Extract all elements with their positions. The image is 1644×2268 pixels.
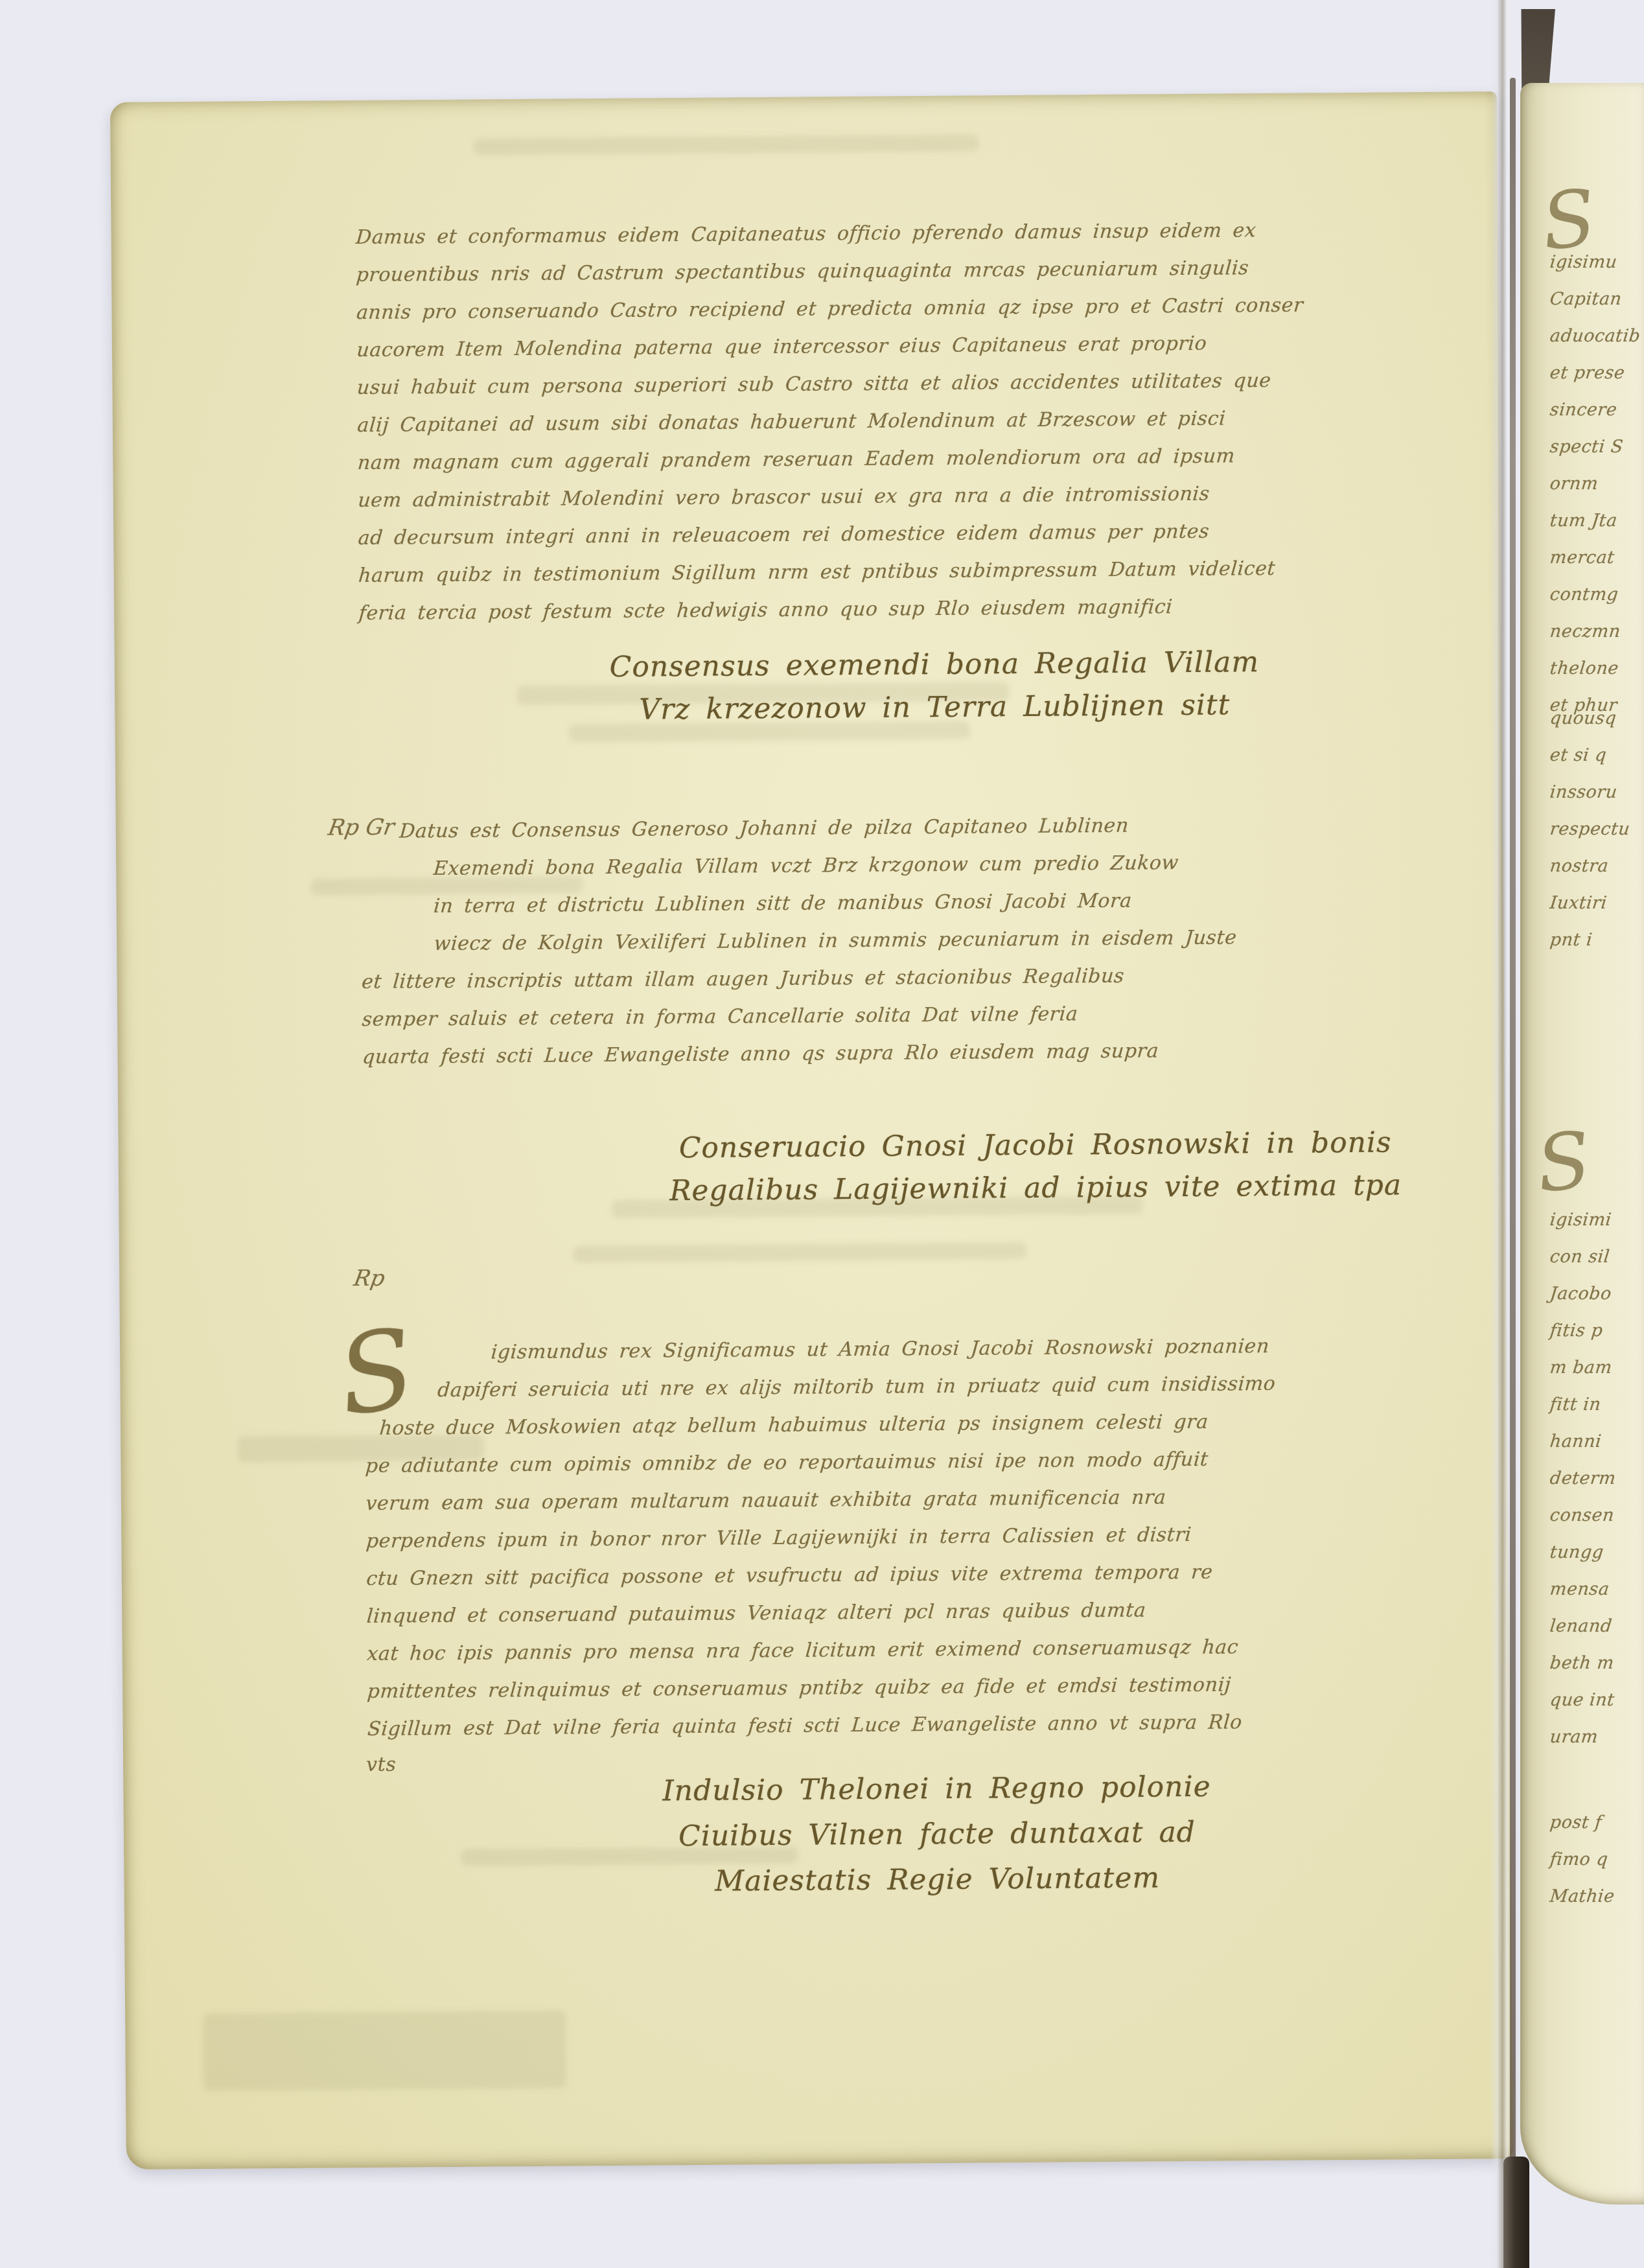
ink-bleed-ghost — [473, 134, 978, 155]
facing-text-fragments-upper-mid: quousqet si qinssorurespectunostraIuxtir… — [1550, 700, 1630, 958]
facing-text-fragments-lower-mid: igisimicon silJacobofitis pm bamfitt inh… — [1550, 1201, 1616, 1755]
manuscript-line-fragment: Capitan — [1548, 281, 1643, 318]
manuscript-line-fragment: Mathie — [1548, 1878, 1617, 1915]
binding-rod — [1503, 2157, 1529, 2268]
manuscript-line-fragment: ornm — [1548, 465, 1643, 502]
decorated-initial-s: S — [1533, 1125, 1593, 1201]
manuscript-line-fragment: igisimu — [1548, 244, 1643, 281]
manuscript-line-fragment: fitt in — [1548, 1386, 1618, 1423]
manuscript-line-fragment: aduocatib — [1548, 318, 1643, 354]
heading-line: Vrz krzezonow in Terra Lublijnen sitt — [439, 682, 1430, 733]
manuscript-line-fragment: quousq — [1548, 700, 1632, 737]
ink-bleed-ghost — [573, 1242, 1026, 1262]
manuscript-page: Damus et conformamus eidem Capitaneatus … — [110, 91, 1513, 2170]
manuscript-line: feria tercia post festum scte hedwigis a… — [357, 586, 1397, 632]
facing-page-edge: S igisimuCapitanaduocatibet presesincere… — [1520, 83, 1644, 2204]
marginal-note-rp: Rp — [352, 1266, 387, 1291]
manuscript-line-fragment: uram — [1548, 1718, 1618, 1755]
manuscript-line-fragment: con sil — [1548, 1238, 1618, 1275]
manuscript-line-fragment: tungg — [1548, 1534, 1618, 1571]
manuscript-line-fragment: Jacobo — [1548, 1275, 1618, 1312]
manuscript-line-fragment: determ — [1548, 1460, 1618, 1497]
heading-line: Ciuibus Vilnen facte duntaxat ad — [435, 1808, 1440, 1861]
manuscript-line-fragment: nostra — [1548, 848, 1632, 885]
manuscript-line-fragment: mercat — [1548, 539, 1643, 576]
manuscript-scan: Damus et conformamus eidem Capitaneatus … — [0, 0, 1644, 2268]
manuscript-line-fragment: sincere — [1548, 391, 1643, 428]
manuscript-line-fragment: Iuxtiri — [1548, 885, 1632, 921]
manuscript-line-fragment: et si q — [1548, 737, 1632, 774]
record-2-text: Datus est Consensus Generoso Johanni de … — [359, 805, 1398, 1076]
manuscript-line: Sigillum est Dat vilne feria quinta fest… — [366, 1702, 1406, 1748]
facing-text-fragments-top: igisimuCapitanaduocatibet presesinceresp… — [1550, 244, 1641, 724]
record-3-text: igismundus rex Significamus ut Amia Gnos… — [363, 1326, 1403, 1748]
scanner-glass-strip — [1490, 0, 1512, 2268]
heading-line: Indulsio Thelonei in Regno polonie — [434, 1763, 1439, 1816]
manuscript-line-fragment: fitis p — [1548, 1312, 1618, 1349]
heading-line: Maiestatis Regie Voluntatem — [435, 1853, 1440, 1906]
manuscript-line-fragment: contmg — [1548, 576, 1643, 613]
record-1-text: Damus et conformamus eidem Capitaneatus … — [354, 211, 1394, 632]
manuscript-line-fragment: consen — [1548, 1497, 1618, 1534]
gutter-seam — [1510, 78, 1516, 2177]
record-2-heading: Consensus exemendi bona Regalia Villam V… — [439, 640, 1431, 733]
manuscript-line-fragment: fimo q — [1548, 1841, 1617, 1878]
manuscript-line-fragment: tum Jta — [1548, 502, 1643, 539]
manuscript-line-fragment: et prese — [1548, 354, 1643, 391]
manuscript-line-fragment: neczmn — [1548, 613, 1643, 650]
manuscript-line-fragment: post f — [1548, 1804, 1617, 1841]
manuscript-line-fragment: inssoru — [1548, 774, 1632, 811]
record-4-heading: Indulsio Thelonei in Regno polonie Ciuib… — [434, 1763, 1440, 1906]
manuscript-line-fragment: mensa — [1548, 1571, 1618, 1608]
manuscript-line-fragment: que int — [1548, 1682, 1618, 1718]
manuscript-line-fragment: igisimi — [1548, 1201, 1618, 1238]
heading-line: Conseruacio Gnosi Jacobi Rosnowski in bo… — [539, 1120, 1531, 1171]
manuscript-line-fragment: thelone — [1548, 650, 1643, 687]
manuscript-line-fragment: beth m — [1548, 1645, 1618, 1682]
manuscript-line-fragment: lenand — [1548, 1608, 1618, 1645]
ink-bleed-ghost — [203, 2011, 566, 2091]
manuscript-line-fragment: pnt i — [1548, 921, 1632, 958]
manuscript-line-fragment: hanni — [1548, 1423, 1618, 1460]
record-3-tail: vts — [366, 1746, 397, 1784]
heading-line: Consensus exemendi bona Regalia Villam — [439, 640, 1430, 690]
facing-text-fragments-bottom: post ffimo qMathie — [1550, 1804, 1615, 1915]
manuscript-line-fragment: respectu — [1548, 811, 1632, 848]
manuscript-line-fragment: m bam — [1548, 1349, 1618, 1386]
manuscript-line: quarta festi scti Luce Ewangeliste anno … — [361, 1030, 1401, 1076]
manuscript-line-fragment: specti S — [1548, 428, 1643, 465]
heading-line: Regalibus Lagijewniki ad ipius vite exti… — [540, 1163, 1531, 1214]
record-3-heading: Conseruacio Gnosi Jacobi Rosnowski in bo… — [539, 1120, 1531, 1214]
